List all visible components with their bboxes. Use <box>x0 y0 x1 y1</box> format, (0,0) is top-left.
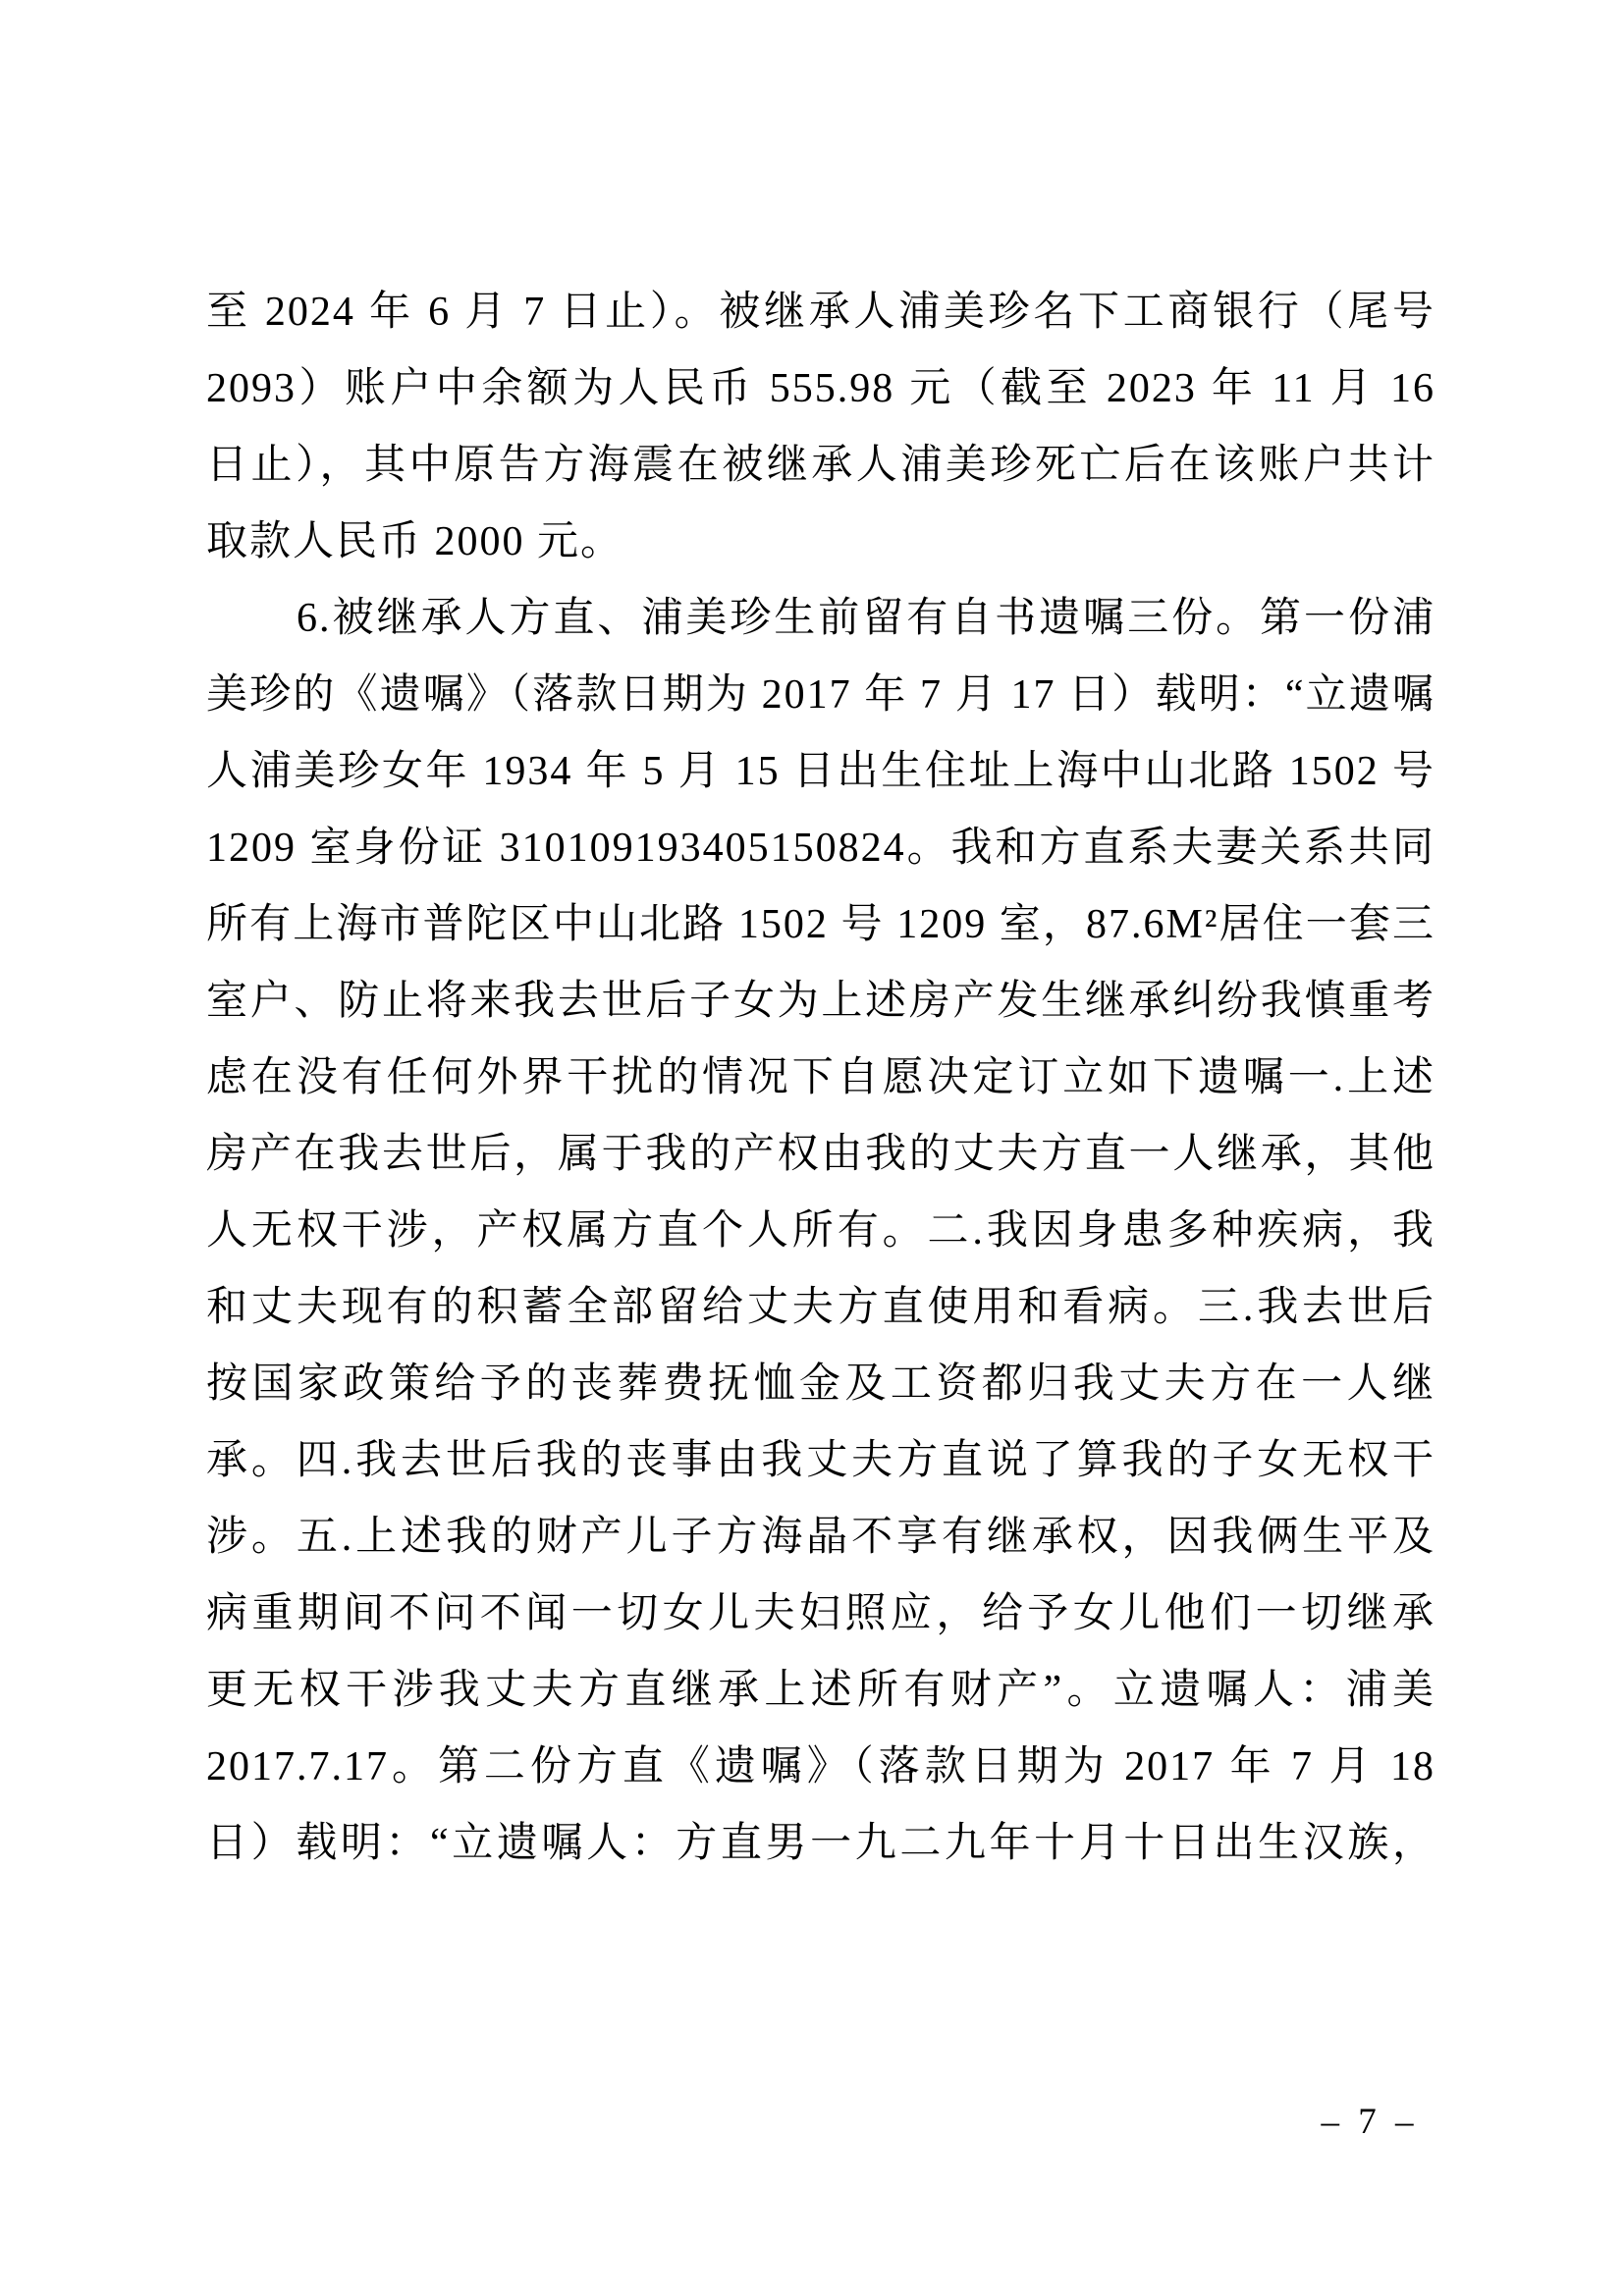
text-line: 6.被继承人方直、浦美珍生前留有自书遗嘱三份。第一份浦 <box>206 580 1435 657</box>
text-line: 更无权干涉我丈夫方直继承上述所有财产”。立遗嘱人：浦美珍， <box>206 1652 1435 1729</box>
document-page: 至 2024 年 6 月 7 日止）。被继承人浦美珍名下工商银行（尾号 2093… <box>0 0 1624 2296</box>
text-line: 和丈夫现有的积蓄全部留给丈夫方直使用和看病。三.我去世后 <box>206 1269 1435 1346</box>
text-line: 按国家政策给予的丧葬费抚恤金及工资都归我丈夫方在一人继 <box>206 1346 1435 1422</box>
text-line: 涉。五.上述我的财产儿子方海晶不享有继承权，因我俩生平及 <box>206 1499 1435 1575</box>
text-line: 人无权干涉，产权属方直个人所有。二.我因身患多种疾病，我 <box>206 1193 1435 1269</box>
text-line: 病重期间不问不闻一切女儿夫妇照应，给予女儿他们一切继承权， <box>206 1575 1435 1652</box>
text-line: 取款人民币 2000 元。 <box>206 504 1435 580</box>
text-line: 室户、防止将来我去世后子女为上述房产发生继承纠纷我慎重考 <box>206 963 1435 1040</box>
text-line: 2093）账户中余额为人民币 555.98 元（截至 2023 年 11 月 1… <box>206 350 1435 427</box>
text-line: 日）载明：“立遗嘱人：方直男一九二九年十月十日出生汉族， <box>206 1805 1435 1882</box>
text-line: 人浦美珍女年 1934 年 5 月 15 日出生住址上海中山北路 1502 号 <box>206 733 1435 810</box>
text-line: 至 2024 年 6 月 7 日止）。被继承人浦美珍名下工商银行（尾号 <box>206 274 1435 350</box>
text-line: 所有上海市普陀区中山北路 1502 号 1209 室，87.6M²居住一套三 <box>206 886 1435 963</box>
text-line: 1209 室身份证 310109193405150824。我和方直系夫妻关系共同 <box>206 810 1435 886</box>
text-line: 美珍的《遗嘱》（落款日期为 2017 年 7 月 17 日）载明：“立遗嘱 <box>206 657 1435 733</box>
text-line: 日止），其中原告方海震在被继承人浦美珍死亡后在该账户共计 <box>206 427 1435 504</box>
text-line: 2017.7.17。第二份方直《遗嘱》（落款日期为 2017 年 7 月 18 <box>206 1729 1435 1805</box>
page-number: – 7 – <box>1276 2101 1463 2143</box>
text-line: 虑在没有任何外界干扰的情况下自愿决定订立如下遗嘱一.上述 <box>206 1040 1435 1116</box>
text-line: 承。四.我去世后我的丧事由我丈夫方直说了算我的子女无权干 <box>206 1422 1435 1499</box>
document-text-block: 至 2024 年 6 月 7 日止）。被继承人浦美珍名下工商银行（尾号 2093… <box>206 274 1435 1882</box>
text-line: 房产在我去世后，属于我的产权由我的丈夫方直一人继承，其他 <box>206 1116 1435 1193</box>
